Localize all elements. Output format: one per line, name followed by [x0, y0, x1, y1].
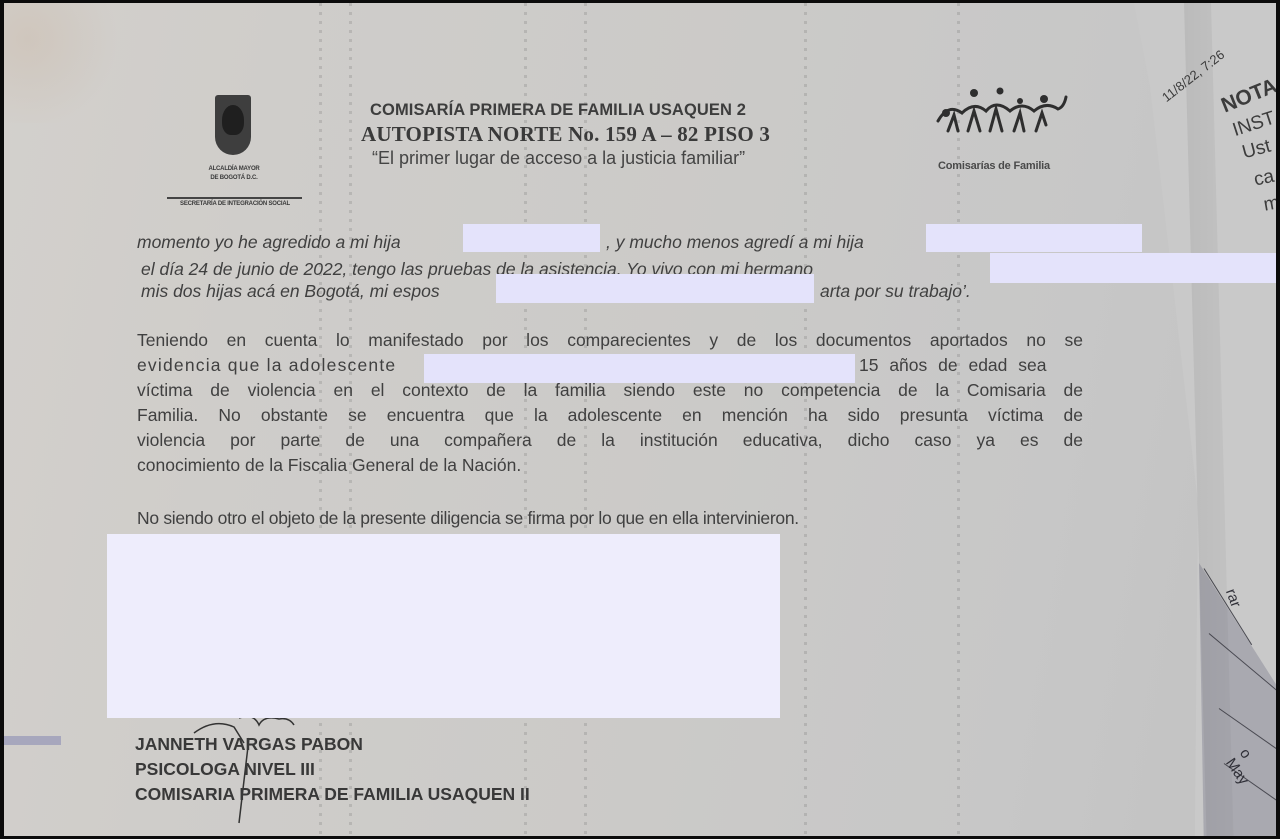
crest-label-1: ALCALDÍA MAYOR — [199, 166, 269, 172]
quote-line: arta por su trabajo’. — [820, 281, 971, 302]
quote-text: mis dos hijas acá en Bogotá, mi espos — [141, 281, 440, 301]
signer-name: JANNETH VARGAS PABON — [135, 734, 363, 755]
quote-text: arta por su trabajo’. — [820, 281, 971, 301]
header-address: AUTOPISTA NORTE No. 159 A – 82 PISO 3 — [361, 122, 770, 147]
quote-text: , y mucho menos agredí a mi hija — [606, 232, 864, 252]
quote-line: mis dos hijas acá en Bogotá, mi espos — [141, 281, 440, 302]
bogota-crest-icon — [215, 95, 251, 155]
quote-text: momento yo he agredido a mi hija — [137, 232, 401, 252]
redaction-box — [463, 224, 600, 252]
redaction-box — [990, 253, 1276, 283]
header-slogan: “El primer lugar de acceso a la justicia… — [372, 148, 745, 169]
redaction-box — [926, 224, 1142, 252]
signer-role: PSICOLOGA NIVEL III — [135, 759, 315, 780]
paragraph-line: conocimiento de la Fiscalia General de l… — [137, 455, 521, 476]
closing-line: No siendo otro el objeto de la presente … — [137, 508, 799, 529]
document-photo: rar o May 11/8/22, 7:26 NOTA INST Ust ca… — [4, 3, 1276, 836]
paragraph-line: 15 años de edad sea — [859, 355, 1046, 376]
quote-line: momento yo he agredido a mi hija — [137, 232, 401, 253]
paragraph-line: Teniendo en cuenta lo manifestado por lo… — [137, 330, 1083, 351]
redaction-box-large — [107, 534, 780, 718]
paragraph-line: evidencia que la adolescente — [137, 355, 396, 376]
paper-stain — [4, 3, 124, 123]
paragraph-line: víctima de violencia en el contexto de l… — [137, 380, 1083, 401]
crest-label-2: DE BOGOTÁ D.C. — [199, 175, 269, 181]
signer-office: COMISARIA PRIMERA DE FAMILIA USAQUEN II — [135, 784, 530, 805]
redaction-box — [424, 354, 855, 383]
comisarias-label: Comisarías de Familia — [938, 160, 1050, 172]
header-title: COMISARÍA PRIMERA DE FAMILIA USAQUEN 2 — [370, 101, 746, 120]
comisarias-people-icon — [934, 83, 1069, 133]
paragraph-line: violencia por parte de una compañera de … — [137, 430, 1083, 451]
redaction-box — [496, 274, 814, 303]
paragraph-line: Familia. No obstante se encuentra que la… — [137, 405, 1083, 426]
secretaria-label: SECRETARÍA DE INTEGRACIÓN SOCIAL — [165, 201, 305, 207]
back-line: ca — [1252, 166, 1276, 192]
logo-divider — [167, 197, 302, 199]
quote-line: , y mucho menos agredí a mi hija — [606, 232, 864, 253]
redaction-fragment — [4, 736, 61, 745]
